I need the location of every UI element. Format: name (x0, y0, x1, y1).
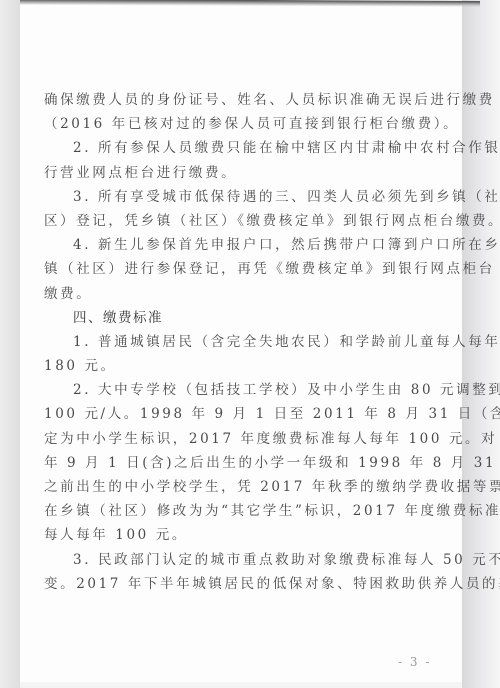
paragraph-line: 年 9 月 1 日(含)之后出生的小学一年级和 1998 年 8 月 31 日(… (44, 451, 436, 475)
paragraph-line: 之前出生的中小学校学生，凭 2017 年秋季的缴纳学费收据等票据， (44, 475, 436, 499)
paragraph-line: 2. 大中专学校（包括技工学校）及中小学生由 80 元调整到 (44, 378, 436, 402)
paragraph-line: 在乡镇（社区）修改为为“其它学生”标识，2017 年度缴费标准 (44, 499, 436, 523)
paragraph-line: 3. 民政部门认定的城市重点救助对象缴费标准每人 50 元不 (44, 548, 436, 572)
paragraph-line: 每人每年 100 元。 (44, 523, 436, 547)
paragraph-line: 4. 新生儿参保首先申报户口，然后携带户口簿到户口所在乡 (44, 233, 436, 257)
paragraph-line: 3. 所有享受城市低保待遇的三、四类人员必须先到乡镇（社 (44, 185, 436, 209)
paragraph-line: 180 元。 (44, 354, 436, 378)
paragraph-line: 缴费。 (44, 282, 436, 306)
scan-left-margin (0, 0, 20, 688)
paragraph-line: 确保缴费人员的身份证号、姓名、人员标识准确无误后进行缴费 (44, 88, 436, 112)
paragraph-line: 1. 普通城镇居民（含完全失地农民）和学龄前儿童每人每年 (44, 330, 436, 354)
paragraph-line: 2. 所有参保人员缴费只能在榆中辖区内甘肃榆中农村合作银 (44, 136, 436, 160)
section-heading: 四、缴费标准 (44, 306, 436, 330)
paragraph-line: 行营业网点柜台进行缴费。 (44, 161, 436, 185)
page-number: - 3 - (398, 655, 431, 669)
paragraph-line: 定为中小学生标识，2017 年度缴费标准每人每年 100 元。对 2011 (44, 427, 436, 451)
document-body: 确保缴费人员的身份证号、姓名、人员标识准确无误后进行缴费 （2016 年已核对过… (44, 88, 436, 596)
document-page: 确保缴费人员的身份证号、姓名、人员标识准确无误后进行缴费 （2016 年已核对过… (20, 4, 462, 682)
paragraph-line: 变。2017 年下半年城镇居民的低保对象、特困救助供养人员的基 (44, 572, 436, 596)
paragraph-line: 镇（社区）进行参保登记，再凭《缴费核定单》到银行网点柜台 (44, 257, 436, 281)
paragraph-line: 区）登记，凭乡镇（社区）《缴费核定单》到银行网点柜台缴费。 (44, 209, 436, 233)
paragraph-line: （2016 年已核对过的参保人员可直接到银行柜台缴费）。 (44, 112, 436, 136)
paragraph-line: 100 元/人。1998 年 9 月 1 日至 2011 年 8 月 31 日（… (44, 402, 436, 426)
